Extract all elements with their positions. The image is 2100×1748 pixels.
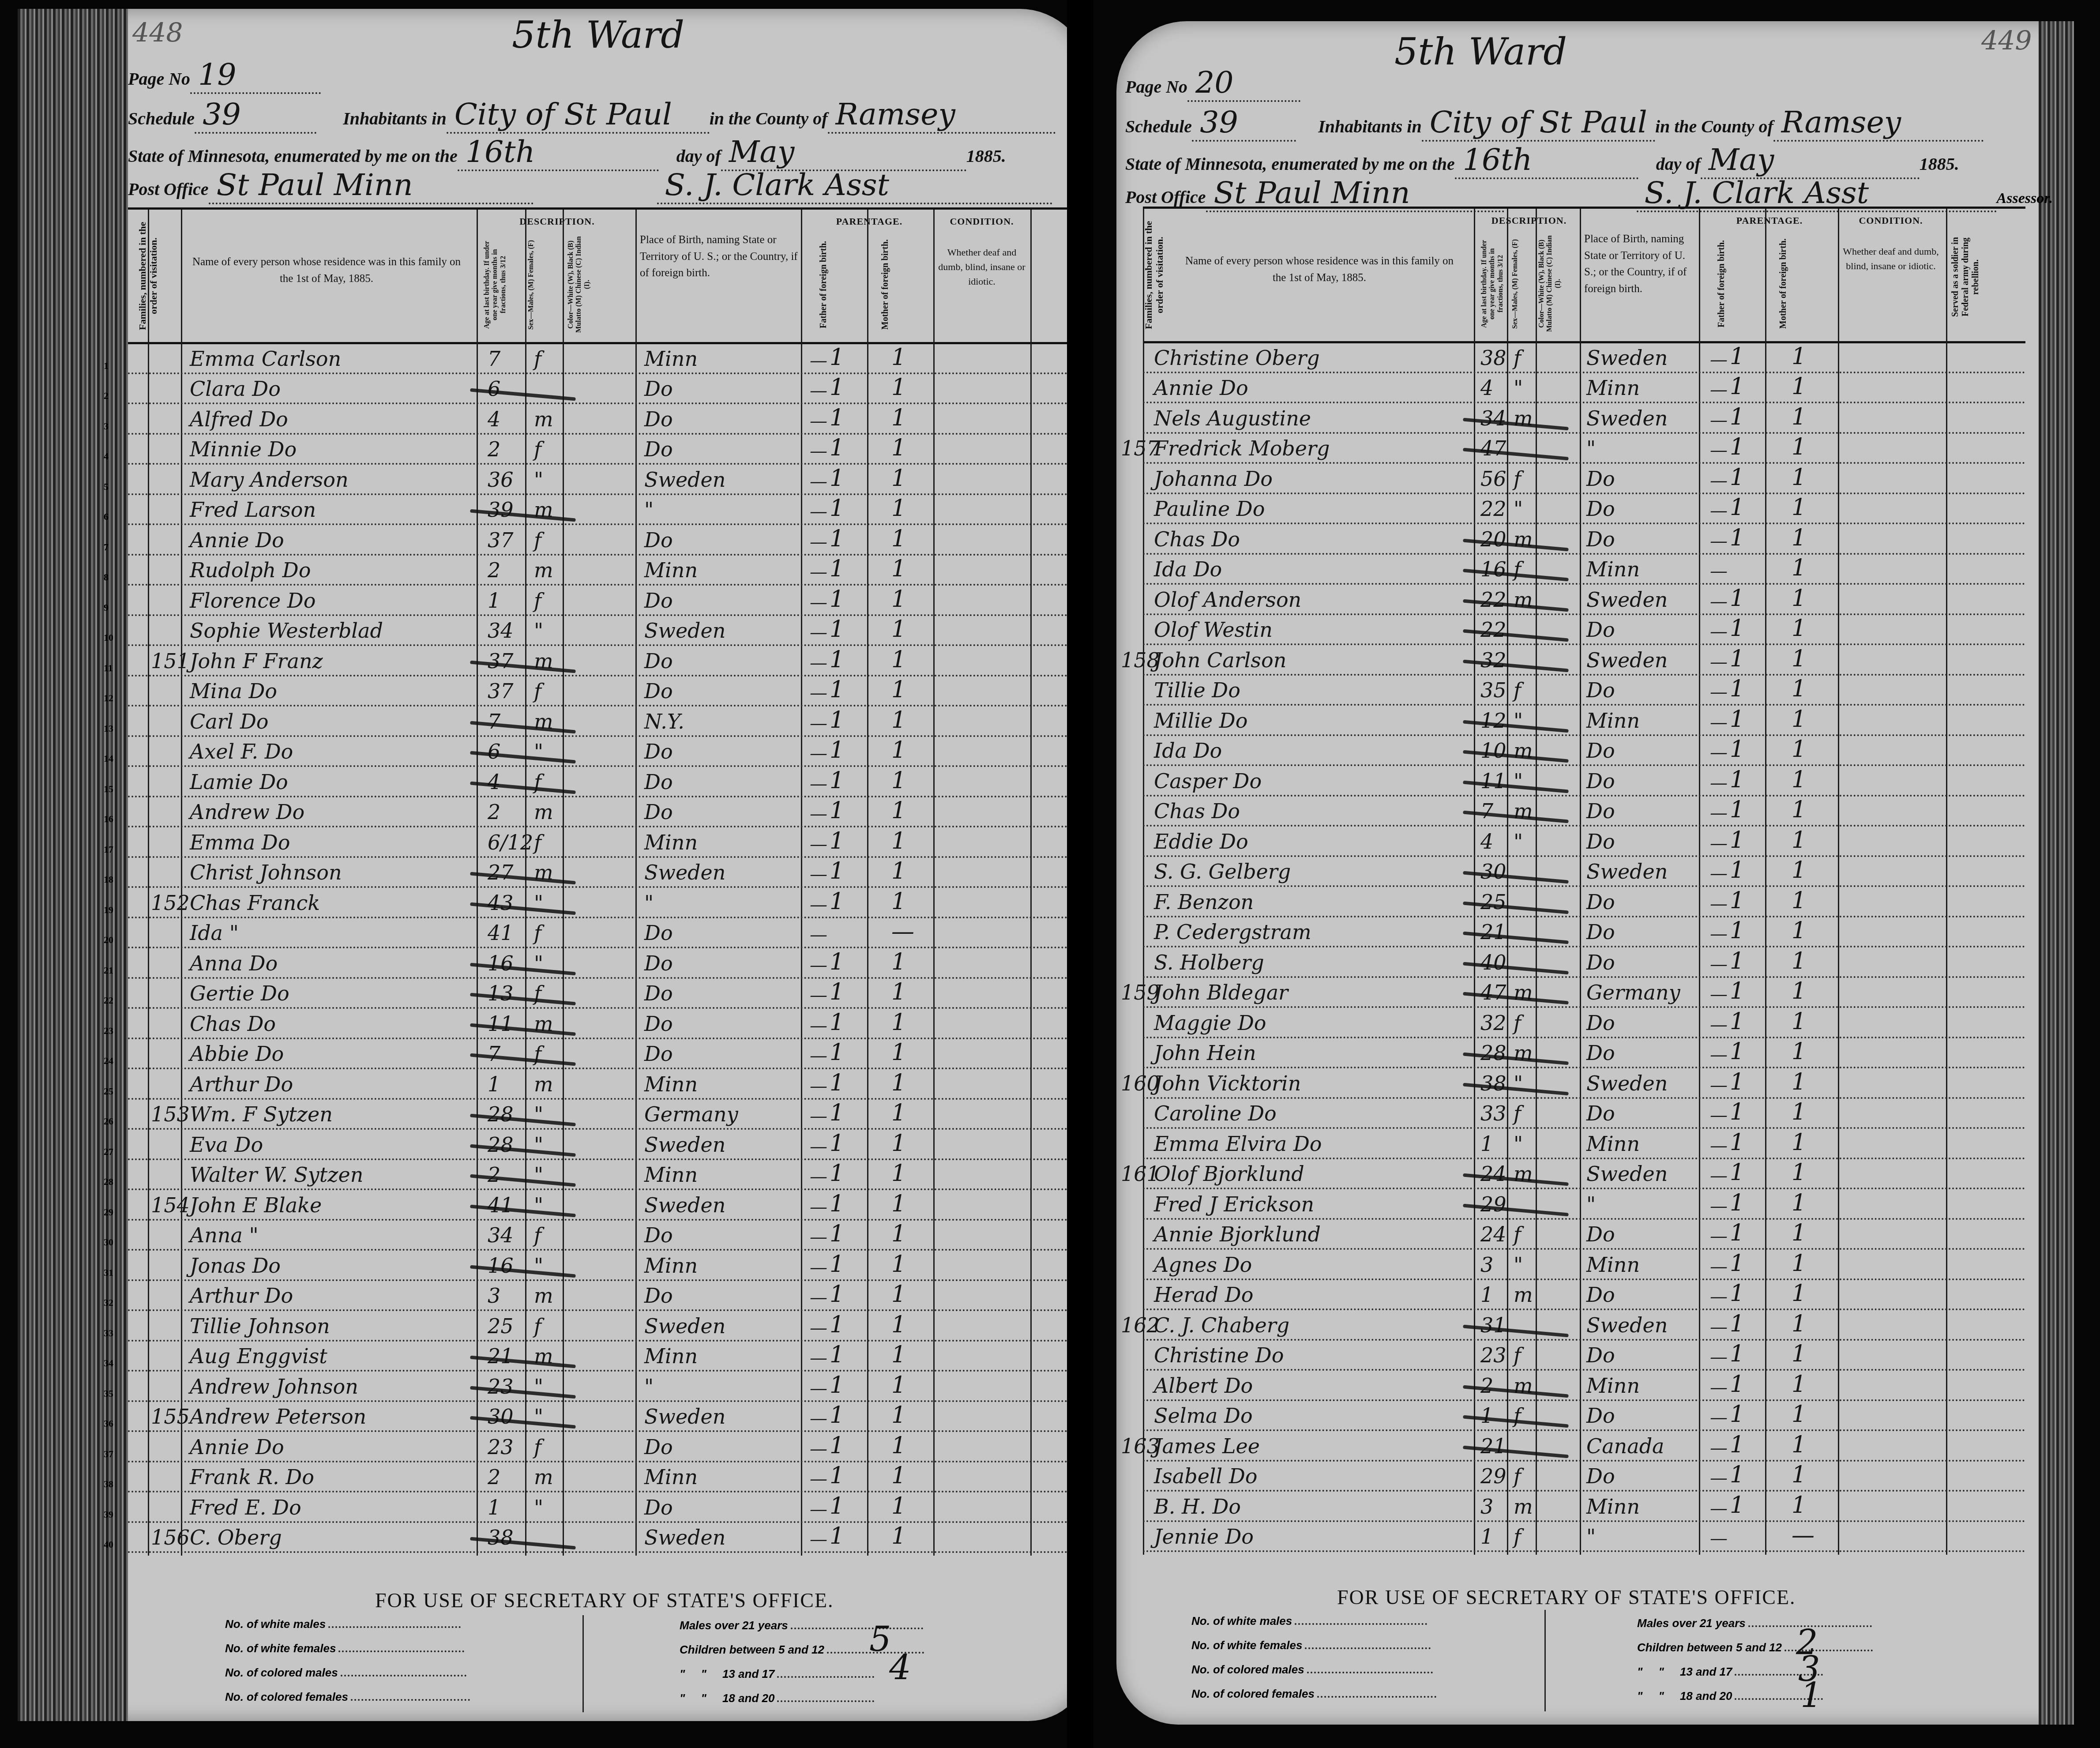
father-foreign-mark: 1 — [1730, 1038, 1744, 1065]
mother-foreign-mark: 1 — [891, 405, 906, 431]
sex: " — [534, 1496, 543, 1519]
children-18-20-field: " " 18 and 20 — [680, 1692, 874, 1705]
sex: f — [1514, 1404, 1521, 1428]
parentage-dash: — — [810, 985, 827, 1005]
parentage-dash: — — [810, 380, 827, 401]
age: 20 — [1480, 527, 1506, 551]
birthplace: Do — [644, 649, 673, 673]
table-row: 24John Hein28mDo11— — [1143, 1037, 2025, 1069]
sex: m — [534, 800, 553, 824]
parentage-dash: — — [810, 1015, 827, 1036]
person-name: Isabell Do — [1154, 1464, 1258, 1488]
person-name: Clara Do — [190, 377, 281, 401]
parentage-dash: — — [1710, 682, 1728, 702]
footer-title: FOR USE OF SECRETARY OF STATE'S OFFICE. — [375, 1589, 834, 1612]
sex: f — [1514, 467, 1521, 491]
age: 1 — [488, 1496, 500, 1519]
row-number: 14 — [104, 753, 113, 764]
mother-foreign-mark: 1 — [1792, 887, 1806, 914]
colored-males-field: No. of colored males — [225, 1666, 466, 1680]
age: 6 — [488, 740, 500, 763]
birthplace: Do — [1586, 1464, 1615, 1488]
mother-foreign-mark: 1 — [1792, 1099, 1806, 1125]
col-condition-desc: Whether deaf and dumb, blind, insane or … — [1842, 244, 1939, 273]
birthplace: Sweden — [644, 1133, 725, 1157]
parentage-dash: — — [810, 774, 827, 794]
table-row: 32Arthur Do3mDo11— — [128, 1279, 1068, 1312]
table-row: 38Frank R. Do2mMinn11— — [128, 1461, 1068, 1493]
birthplace: Do — [644, 679, 673, 703]
birthplace: " — [644, 498, 654, 522]
table-row: 6Pauline Do22"Do11— — [1143, 492, 2025, 525]
mother-foreign-mark: 1 — [891, 1191, 906, 1217]
birthplace: Do — [644, 589, 673, 613]
sex: f — [1514, 1464, 1521, 1488]
person-name: S. G. Gelberg — [1154, 860, 1291, 883]
person-name: B. H. Do — [1154, 1495, 1241, 1519]
person-name: Rudolph Do — [190, 558, 311, 582]
birthplace: Minn — [1586, 376, 1640, 400]
age: 10 — [1480, 739, 1506, 763]
parentage-dash: — — [1710, 773, 1728, 793]
col-color: Color—White (W), Black (B) Mulatto (M) C… — [1538, 235, 1578, 332]
col-name: Name of every person whose residence was… — [185, 254, 468, 287]
father-foreign-mark: 1 — [830, 737, 844, 763]
parentage-dash: — — [1710, 500, 1728, 521]
sex: m — [534, 407, 553, 431]
row-number: 38 — [104, 1478, 113, 1490]
inhabitants-value: City of St Paul — [447, 97, 710, 134]
tally-strike-mark — [470, 902, 576, 915]
col-condition: CONDITION. — [1840, 213, 1942, 228]
sex: f — [1514, 678, 1521, 702]
father-foreign-mark: 1 — [830, 767, 844, 794]
table-row: 1Christine Oberg38fSweden11— — [1143, 341, 2025, 373]
age: 3 — [1480, 1253, 1493, 1277]
age: 30 — [1480, 860, 1506, 883]
person-name: Herad Do — [1154, 1283, 1253, 1307]
mother-foreign-mark: 1 — [1792, 555, 1806, 581]
row-number: 3 — [104, 421, 109, 432]
age: 24 — [1480, 1222, 1506, 1246]
enumeration-date-row: State of Minnesota, enumerated by me on … — [128, 135, 1006, 171]
parentage-dash: — — [810, 1469, 827, 1489]
person-name: Arthur Do — [190, 1284, 293, 1308]
page-number-value: 19 — [190, 57, 321, 94]
birthplace: Do — [1586, 618, 1615, 642]
father-foreign-mark: 1 — [830, 344, 844, 371]
colored-females-field: No. of colored females — [1191, 1687, 1436, 1701]
ledger-spread: 448 5th Ward Page No 19 Schedule 39 Inha… — [0, 0, 2100, 1748]
mother-foreign-mark: 1 — [1792, 1280, 1806, 1307]
table-row: 4157Fredrick Moberg47"11— — [1143, 432, 2025, 464]
table-row: 7Chas Do20mDo11— — [1143, 523, 2025, 555]
tally-strike-mark — [470, 781, 576, 794]
mother-foreign-mark: 1 — [1792, 1038, 1806, 1065]
father-foreign-mark: 1 — [830, 1523, 844, 1549]
row-number: 4 — [104, 451, 109, 462]
parentage-dash: — — [810, 471, 827, 492]
tally-strike-mark — [470, 1053, 576, 1066]
sex: " — [534, 468, 543, 492]
father-foreign-mark: 1 — [1730, 1008, 1744, 1035]
mother-foreign-mark: 1 — [891, 344, 906, 371]
table-row: 33162C. J. Chaberg31Sweden11— — [1143, 1308, 2025, 1341]
age: 27 — [488, 861, 514, 884]
table-row: 9Florence Do1fDo11— — [128, 584, 1068, 616]
parentage-dash: — — [810, 1529, 827, 1549]
mother-foreign-mark: 1 — [1792, 434, 1806, 460]
table-row: 31Agnes Do3"Minn11— — [1143, 1248, 2025, 1280]
person-name: Annie Bjorklund — [1154, 1222, 1321, 1246]
person-name: F. Benzon — [1154, 890, 1254, 914]
table-row: 19F. Benzon25Do11— — [1143, 885, 2025, 917]
table-row: 24Abbie Do7fDo11— — [128, 1038, 1068, 1070]
parentage-dash: — — [1710, 1498, 1728, 1519]
post-office-row: Post Office St Paul Minn S. J. Clark Ass… — [128, 168, 1052, 204]
age: 29 — [1480, 1192, 1506, 1216]
table-row: 20P. Cedergstram21Do11— — [1143, 916, 2025, 948]
birthplace: Minn — [1586, 1132, 1640, 1156]
table-row: 26153Wm. F Sytzen28"Germany11— — [128, 1098, 1068, 1130]
parentage-dash: — — [1710, 350, 1728, 370]
mother-foreign-mark: 1 — [891, 1432, 906, 1459]
tally-strike-mark — [1463, 871, 1569, 884]
children-18-20-value: 1 — [1800, 1676, 1822, 1716]
father-foreign-mark: 1 — [1730, 1129, 1744, 1156]
tally-strike-mark — [470, 509, 576, 522]
person-name: John F Franz — [190, 649, 323, 673]
parentage-dash: — — [1710, 712, 1728, 733]
mother-foreign-mark: 1 — [891, 526, 906, 552]
page-number-field: Page No 19 — [128, 57, 321, 94]
col-parentage: PARENTAGE. — [803, 214, 935, 229]
birthplace: Do — [644, 437, 673, 461]
children-13-17-field: " " 13 and 17 — [1637, 1665, 1823, 1679]
tally-strike-mark — [1463, 1445, 1569, 1458]
colored-males-field: No. of colored males — [1191, 1663, 1433, 1677]
father-foreign-mark: 1 — [1730, 827, 1744, 853]
row-number: 9 — [104, 602, 109, 613]
tally-strike-mark — [470, 1356, 576, 1368]
birthplace: Do — [644, 1284, 673, 1308]
person-name: P. Cedergstram — [1154, 920, 1311, 944]
tally-strike-mark — [470, 1416, 576, 1429]
birthplace: Do — [1586, 951, 1615, 974]
table-row: 6Fred Larson39m"11— — [128, 493, 1068, 526]
age: 2 — [488, 1465, 500, 1489]
father-foreign-mark: 1 — [1730, 1069, 1744, 1095]
birthplace: Sweden — [644, 1526, 725, 1549]
birthplace: Germany — [1586, 981, 1680, 1004]
family-number: 151 — [151, 649, 190, 673]
age: 13 — [488, 981, 514, 1005]
age: 41 — [488, 1193, 514, 1217]
father-foreign-mark: 1 — [1730, 1341, 1744, 1367]
mother-foreign-mark: 1 — [891, 1462, 906, 1489]
age: 41 — [488, 921, 514, 945]
tally-strike-mark — [470, 721, 576, 733]
parentage-dash: — — [1710, 652, 1728, 672]
table-row: 14Ida Do10mDo11— — [1143, 734, 2025, 767]
birthplace: Do — [644, 407, 673, 431]
row-number: 12 — [104, 692, 113, 704]
person-name: Tillie Do — [1154, 678, 1240, 702]
age: 22 — [1480, 618, 1506, 642]
age: 4 — [488, 770, 500, 794]
birthplace: Do — [1586, 1343, 1615, 1367]
row-number: 27 — [104, 1146, 113, 1158]
sex: f — [1514, 1101, 1521, 1125]
col-name: Name of every person whose residence was… — [1178, 253, 1461, 286]
page-number-field: Page No 20 — [1125, 65, 1300, 102]
table-row: 34Aug Enggvist21mMinn11— — [128, 1340, 1068, 1372]
row-number: 26 — [104, 1116, 113, 1127]
person-name: Andrew Johnson — [190, 1375, 358, 1398]
father-foreign-mark: 1 — [830, 677, 844, 703]
table-row: 27Emma Elvira Do1"Minn11— — [1143, 1127, 2025, 1159]
birthplace: Do — [644, 1012, 673, 1036]
father-foreign-mark: 1 — [830, 1160, 844, 1187]
birthplace: Sweden — [1586, 860, 1668, 883]
birthplace: Minn — [644, 558, 698, 582]
birthplace: " — [1586, 1192, 1596, 1216]
age: 12 — [1480, 709, 1506, 733]
birthplace: Do — [644, 528, 673, 552]
table-row: 37Annie Do23fDo11— — [128, 1430, 1068, 1462]
birthplace: Do — [1586, 920, 1615, 944]
white-females-field: No. of white females — [1191, 1639, 1431, 1652]
schedule-value: 39 — [1192, 105, 1296, 142]
footer-title: FOR USE OF SECRETARY OF STATE'S OFFICE. — [1337, 1586, 1796, 1609]
person-name: Frank R. Do — [190, 1465, 314, 1489]
person-name: Minnie Do — [190, 437, 297, 461]
tally-strike-mark — [1463, 629, 1569, 642]
birthplace: Sweden — [1586, 406, 1668, 430]
mother-foreign-mark: 1 — [891, 1493, 906, 1519]
age: 37 — [488, 679, 514, 703]
person-name: Jonas Do — [190, 1254, 281, 1278]
person-name: Millie Do — [1154, 709, 1247, 733]
page-edges — [18, 9, 128, 1721]
person-name: Ida " — [190, 921, 239, 945]
parentage-dash: — — [810, 1408, 827, 1428]
table-row: 39B. H. Do3mMinn11— — [1143, 1490, 2025, 1522]
father-foreign-mark: 1 — [1730, 404, 1744, 430]
father-foreign-mark: 1 — [830, 1432, 844, 1459]
parentage-dash: — — [810, 834, 827, 854]
age: 34 — [488, 1223, 514, 1247]
sex: m — [534, 558, 553, 582]
schedule-inhabitants-row: Schedule 39 Inhabitants in City of St Pa… — [128, 97, 1056, 134]
parentage-dash: — — [810, 1378, 827, 1398]
birthplace: Minn — [1586, 557, 1640, 581]
father-foreign-mark: 1 — [1730, 887, 1744, 914]
col-father-foreign: Father of foreign birth. — [819, 236, 849, 333]
table-row: 18Christ Johnson27mSweden11— — [128, 856, 1068, 888]
mother-foreign-mark: 1 — [891, 1039, 906, 1066]
col-birthplace: Place of Birth, naming State or Territor… — [640, 232, 799, 282]
age: 35 — [1480, 678, 1506, 702]
age: 33 — [1480, 1101, 1506, 1125]
age: 28 — [488, 1133, 514, 1157]
birthplace: Do — [1586, 890, 1615, 914]
person-name: John Vicktorin — [1154, 1071, 1301, 1095]
age: 23 — [488, 1435, 514, 1459]
age: 25 — [488, 1314, 514, 1338]
row-number: 34 — [104, 1357, 113, 1369]
father-foreign-mark: 1 — [830, 616, 844, 643]
age: 29 — [1480, 1464, 1506, 1488]
mother-foreign-mark: 1 — [891, 828, 906, 854]
table-row: 37163James Lee21Canada11— — [1143, 1429, 2025, 1462]
father-foreign-mark: 1 — [830, 374, 844, 401]
birthplace: Sweden — [644, 1193, 725, 1217]
parentage-dash: — — [810, 1076, 827, 1096]
children-13-17-value: 4 — [889, 1648, 911, 1688]
folio-number: 448 — [132, 18, 183, 49]
table-row: 19152Chas Franck43""11— — [128, 886, 1068, 918]
person-name: Albert Do — [1154, 1374, 1253, 1398]
mother-foreign-mark: 1 — [1792, 1159, 1806, 1186]
birthplace: Minn — [644, 1163, 698, 1187]
sex: m — [1514, 1283, 1533, 1307]
mother-foreign-mark: 1 — [891, 616, 906, 643]
tally-strike-mark — [470, 962, 576, 975]
birthplace: Do — [644, 740, 673, 763]
person-name: Sophie Westerblad — [190, 619, 383, 643]
mother-foreign-mark: — — [1792, 1522, 1814, 1549]
person-name: Olof Westin — [1154, 618, 1273, 642]
table-row: 15Lamie Do4fDo11— — [128, 765, 1068, 797]
table-row: 9Olof Anderson22mSweden11— — [1143, 583, 2025, 615]
sex: f — [1514, 1525, 1521, 1549]
age: 1 — [1480, 1283, 1493, 1307]
parentage-dash: — — [810, 864, 827, 884]
age: 21 — [1480, 920, 1506, 944]
birthplace: Minn — [1586, 1253, 1640, 1277]
birthplace: Do — [644, 800, 673, 824]
birthplace: Germany — [644, 1102, 738, 1126]
sex: f — [1514, 557, 1521, 581]
age: 34 — [488, 619, 514, 643]
sex: f — [534, 437, 541, 461]
age: 43 — [488, 891, 514, 915]
parentage-dash: — — [810, 1166, 827, 1187]
row-number: 29 — [104, 1207, 113, 1218]
age: 22 — [1480, 497, 1506, 521]
table-row: 25Arthur Do1mMinn11— — [128, 1068, 1068, 1100]
sex: f — [534, 347, 541, 371]
father-foreign-mark: 1 — [1730, 706, 1744, 733]
row-number: 20 — [104, 934, 113, 946]
father-foreign-mark: 1 — [830, 647, 844, 673]
parentage-dash: — — [1710, 1105, 1728, 1125]
tally-strike-mark — [1463, 901, 1569, 914]
mother-foreign-mark: 1 — [1792, 1401, 1806, 1428]
birthplace: N.Y. — [644, 710, 684, 733]
mother-foreign-mark: 1 — [1792, 1371, 1806, 1398]
mother-foreign-mark: 1 — [891, 586, 906, 613]
father-foreign-mark: 1 — [1730, 1190, 1744, 1216]
mother-foreign-mark: 1 — [891, 949, 906, 975]
row-number: 35 — [104, 1388, 113, 1399]
age: 2 — [488, 437, 500, 461]
table-header: Families, numbered in the order of visit… — [1143, 209, 2025, 343]
table-row: 16Chas Do7mDo11— — [1143, 795, 2025, 827]
mother-foreign-mark: 1 — [891, 1160, 906, 1187]
age: 37 — [488, 528, 514, 552]
age: 2 — [488, 558, 500, 582]
person-name: Maggie Do — [1154, 1011, 1266, 1035]
person-name: Fredrick Moberg — [1154, 436, 1330, 460]
family-number: 154 — [151, 1193, 190, 1217]
birthplace: Do — [1586, 1041, 1615, 1065]
row-number: 17 — [104, 844, 113, 855]
row-number: 33 — [104, 1327, 113, 1339]
birthplace: Do — [644, 1496, 673, 1519]
father-foreign-mark: 1 — [830, 979, 844, 1005]
father-foreign-mark: 1 — [830, 556, 844, 582]
sex: f — [534, 1223, 541, 1247]
table-row: 23Maggie Do32fDo11— — [1143, 1006, 2025, 1038]
mother-foreign-mark: 1 — [1792, 706, 1806, 733]
age: 31 — [1480, 1313, 1506, 1337]
father-foreign-mark: 1 — [1730, 343, 1744, 370]
parentage-dash: — — [1710, 1377, 1728, 1398]
mother-foreign-mark: 1 — [1792, 1129, 1806, 1156]
table-row: 13Millie Do12"Minn11— — [1143, 704, 2025, 736]
age: 39 — [488, 498, 514, 522]
mother-foreign-mark: 1 — [1792, 767, 1806, 793]
person-name: Abbie Do — [190, 1042, 284, 1066]
mother-foreign-mark: 1 — [891, 858, 906, 884]
age: 38 — [1480, 346, 1506, 370]
row-number: 39 — [104, 1509, 113, 1520]
col-father-foreign: Father of foreign birth. — [1717, 235, 1747, 332]
father-foreign-mark: 1 — [1730, 1159, 1744, 1186]
row-number: 31 — [104, 1267, 113, 1278]
mother-foreign-mark: 1 — [891, 1281, 906, 1308]
father-foreign-mark: 1 — [1730, 676, 1744, 702]
person-name: S. Holberg — [1154, 951, 1264, 974]
family-number: 153 — [151, 1102, 190, 1126]
sex: f — [534, 528, 541, 552]
father-foreign-mark: 1 — [1730, 646, 1744, 672]
person-name: Eddie Do — [1154, 830, 1248, 853]
father-foreign-mark: 1 — [1730, 1371, 1744, 1398]
sex: f — [534, 1314, 541, 1338]
age: 2 — [1480, 1374, 1493, 1398]
row-number: 18 — [104, 874, 113, 885]
mother-foreign-mark: 1 — [891, 465, 906, 492]
parentage-dash: — — [810, 1257, 827, 1278]
white-males-field: No. of white males — [1191, 1614, 1427, 1628]
parentage-dash: — — [1710, 561, 1728, 581]
sex: f — [534, 831, 541, 854]
age: 23 — [488, 1375, 514, 1398]
father-foreign-mark: 1 — [1730, 1432, 1744, 1458]
mother-foreign-mark: 1 — [1792, 1311, 1806, 1337]
mother-foreign-mark: 1 — [891, 737, 906, 763]
birthplace: Do — [1586, 678, 1615, 702]
age: 32 — [1480, 1011, 1506, 1035]
birthplace: Do — [1586, 1101, 1615, 1125]
table-row: 22Gertie Do13fDo11— — [128, 977, 1068, 1009]
col-sex: Sex—Males, (M) Females, (F) — [1511, 235, 1533, 332]
mother-foreign-mark: 1 — [891, 435, 906, 461]
page-number-value: 20 — [1187, 65, 1300, 102]
